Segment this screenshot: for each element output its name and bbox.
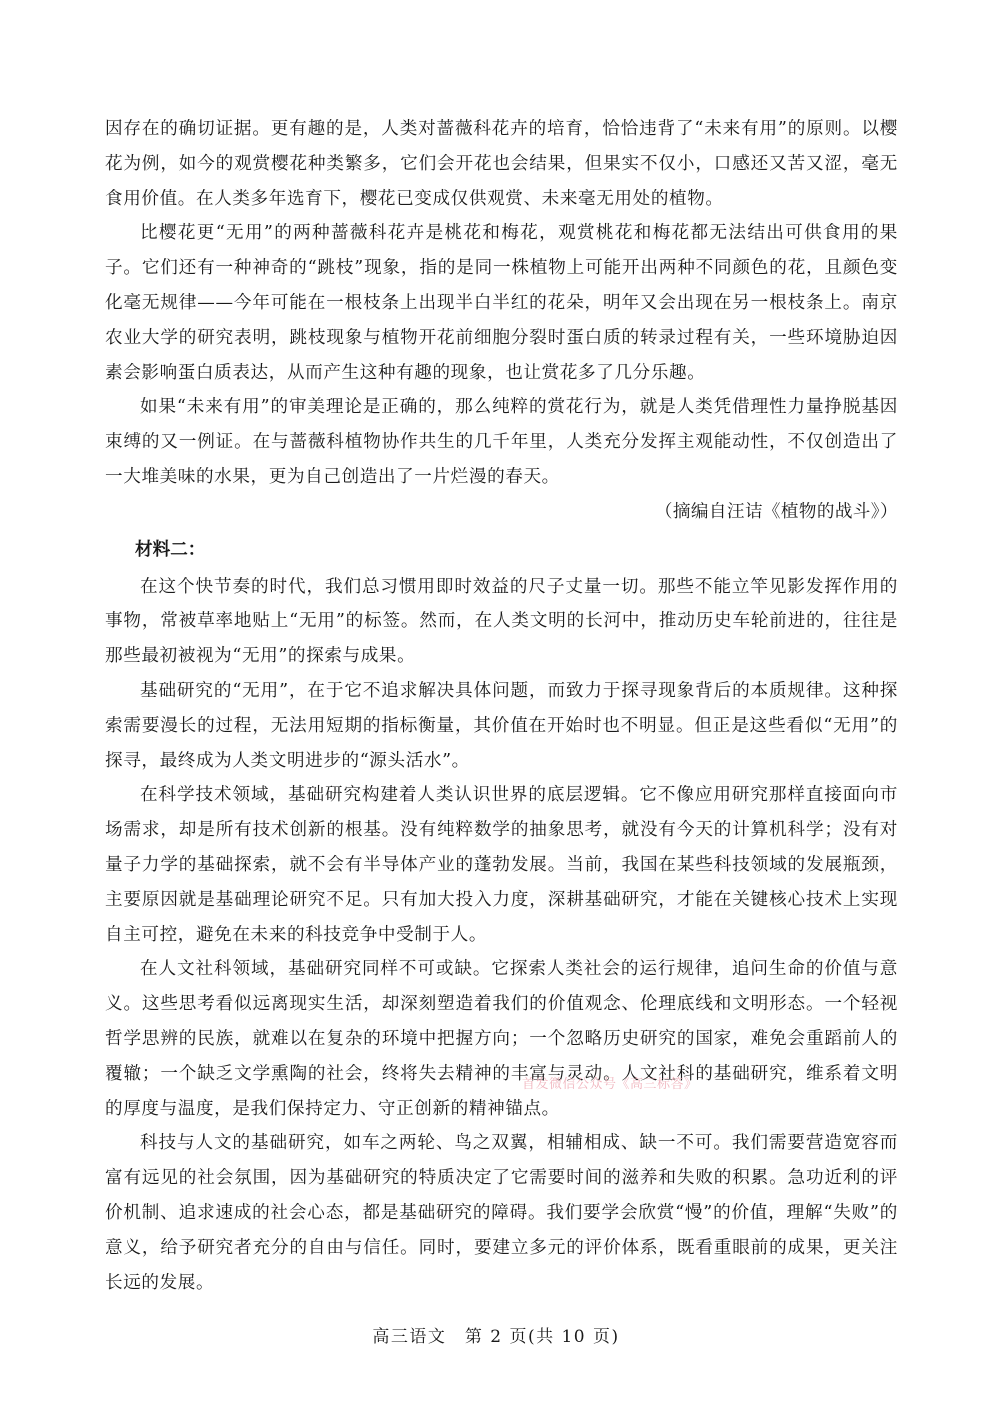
material-two-paragraph: 在人文社科领域，基础研究同样不可或缺。它探索人类社会的运行规律，追问生命的价值与… [105, 952, 898, 1126]
material-two-paragraph: 科技与人文的基础研究，如车之两轮、鸟之双翼，相辅相成、缺一不可。我们需要营造宽容… [105, 1126, 898, 1300]
page-footer: 高三语文 第 2 页(共 10 页) [0, 1322, 992, 1347]
material-two-paragraph: 在科学技术领域，基础研究构建着人类认识世界的底层逻辑。它不像应用研究那样直接面向… [105, 778, 898, 952]
material-two-paragraph: 基础研究的“无用”，在于它不追求解决具体问题，而致力于探寻现象背后的本质规律。这… [105, 674, 898, 778]
material-one-paragraph: 如果“未来有用”的审美理论是正确的，那么纯粹的赏花行为，就是人类凭借理性力量挣脱… [105, 390, 898, 494]
material-one-citation: （摘编自汪诘《植物的战斗》） [105, 495, 898, 530]
watermark: 首发微信公众号《高三标答》 [522, 1073, 698, 1092]
material-one-paragraph-continued: 因存在的确切证据。更有趣的是，人类对蔷薇科花卉的培育，恰恰违背了“未来有用”的原… [105, 112, 898, 216]
material-two-heading: 材料二： [105, 530, 898, 570]
exam-page-body: 因存在的确切证据。更有趣的是，人类对蔷薇科花卉的培育，恰恰违背了“未来有用”的原… [105, 112, 898, 1300]
material-one-paragraph: 比樱花更“无用”的两种蔷薇科花卉是桃花和梅花，观赏桃花和梅花都无法结出可供食用的… [105, 216, 898, 390]
material-two-paragraph: 在这个快节奏的时代，我们总习惯用即时效益的尺子丈量一切。那些不能立竿见影发挥作用… [105, 570, 898, 674]
